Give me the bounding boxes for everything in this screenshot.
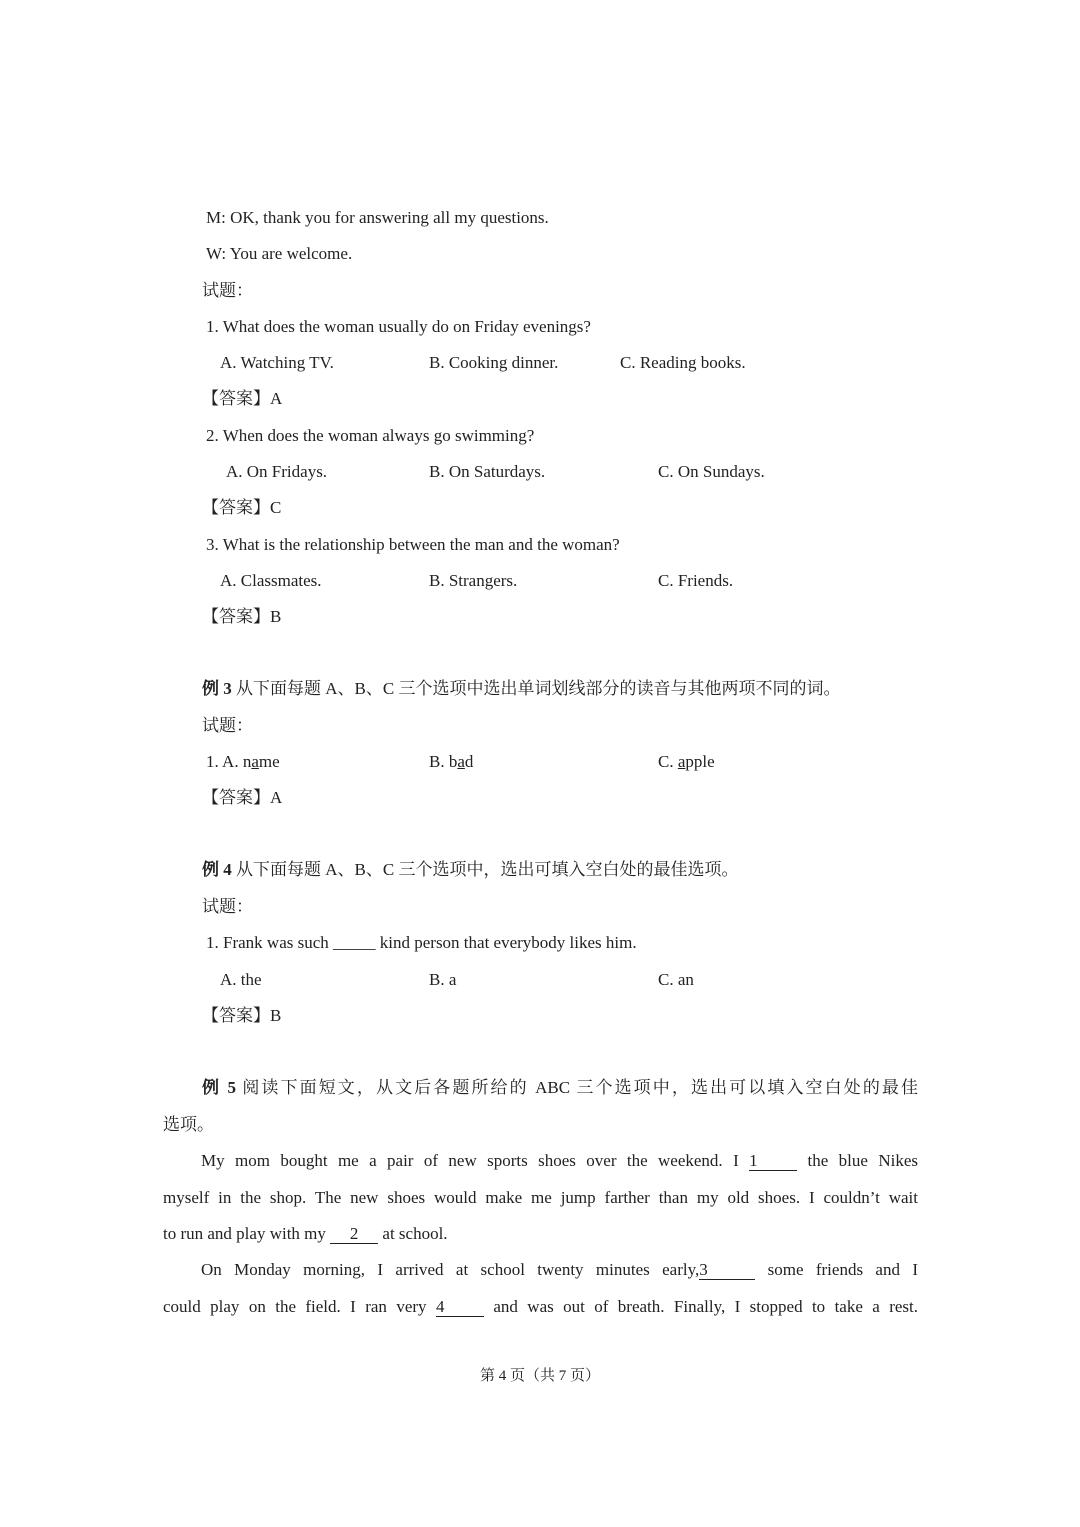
example-instruction: 从下面每题 A、B、C 三个选项中选出单词划线部分的读音与其他两项不同的词。 [236,679,840,698]
answer-label: 【答案】 [202,389,270,408]
option-text: 1. A. n [206,752,251,771]
questions-label: 试题： [202,281,253,301]
passage-text: at school. [382,1224,447,1243]
answer-value: A [270,788,282,807]
underlined-letter: a [457,752,465,771]
passage-text: to run and play with my [163,1224,326,1243]
example-3-heading: 例 3 从下面每题 A、B、C 三个选项中选出单词划线部分的读音与其他两项不同的… [202,679,840,699]
speaker-label: M: [206,208,226,227]
question-2: 2. When does the woman always go swimmin… [206,426,534,446]
option-a: A. Classmates. [220,571,322,591]
option-b: B. On Saturdays. [429,462,545,482]
option-text: C. [658,752,678,771]
example-5-heading: 例 5 阅读下面短文，从文后各题所给的 ABC 三个选项中，选出可以填入空白处的… [202,1078,918,1098]
option-c: C. Friends. [658,571,733,591]
passage-text: could play on the field. I ran very [163,1297,427,1316]
example-instruction: 阅读下面短文，从文后各题所给的 ABC 三个选项中，选出可以填入空白处的最佳 [242,1078,918,1097]
question-1: 1. Frank was such _____ kind person that… [206,933,637,953]
page-number: 第 4 页（共 7 页） [0,1364,1080,1385]
passage-text: My mom bought me a pair of new sports sh… [201,1151,739,1170]
passage-text: On Monday morning, I arrived at school t… [201,1260,699,1279]
passage-line-2: myself in the shop. The new shoes would … [163,1188,918,1208]
blank-3: 3 [699,1261,755,1280]
answer-example-4: 【答案】B [202,1006,281,1026]
option-text: B. b [429,752,457,771]
option-c: C. an [658,970,694,990]
answer-label: 【答案】 [202,498,270,517]
question-1: 1. What does the woman usually do on Fri… [206,317,591,337]
option-text: me [259,752,280,771]
answer-value: C [270,498,281,517]
answer-label: 【答案】 [202,607,270,626]
option-b: B. bad [429,752,473,772]
answer-label: 【答案】 [202,1006,270,1025]
passage-line-4: On Monday morning, I arrived at school t… [201,1260,918,1280]
passage-text: and was out of breath. Finally, I stoppe… [493,1297,918,1316]
questions-label: 试题： [202,897,253,917]
option-b: B. Cooking dinner. [429,353,558,373]
passage-text: the blue Nikes [808,1151,918,1170]
answer-value: B [270,607,281,626]
blank-1: 1 [749,1152,797,1171]
passage-line-5: could play on the field. I ran very 4 an… [163,1297,918,1317]
answer-1: 【答案】A [202,389,282,409]
underlined-letter: a [251,752,259,771]
option-a: 1. A. name [206,752,280,772]
option-a: A. Watching TV. [220,353,334,373]
dialogue-text: OK, thank you for answering all my quest… [230,208,549,227]
option-b: B. a [429,970,456,990]
passage-line-3: to run and play with my 2 at school. [163,1224,448,1244]
example-label: 例 5 [202,1078,236,1097]
option-c: C. On Sundays. [658,462,765,482]
example-4-heading: 例 4 从下面每题 A、B、C 三个选项中，选出可填入空白处的最佳选项。 [202,860,738,880]
questions-label: 试题： [202,716,253,736]
option-b: B. Strangers. [429,571,517,591]
blank-2: 2 [330,1225,378,1244]
example-label: 例 4 [202,860,232,879]
dialogue-text: You are welcome. [230,244,352,263]
option-a: A. the [220,970,262,990]
example-instruction: 从下面每题 A、B、C 三个选项中，选出可填入空白处的最佳选项。 [236,860,738,879]
dialogue-line-woman: W: You are welcome. [206,244,352,264]
answer-2: 【答案】C [202,498,281,518]
example-instruction-cont: 选项。 [163,1115,214,1135]
answer-value: B [270,1006,281,1025]
dialogue-line-man: M: OK, thank you for answering all my qu… [206,208,549,228]
answer-3: 【答案】B [202,607,281,627]
example-label: 例 3 [202,679,232,698]
option-c: C. apple [658,752,715,772]
passage-line-1: My mom bought me a pair of new sports sh… [201,1151,918,1171]
answer-label: 【答案】 [202,788,270,807]
option-a: A. On Fridays. [226,462,327,482]
speaker-label: W: [206,244,226,263]
option-c: C. Reading books. [620,353,746,373]
question-3: 3. What is the relationship between the … [206,535,620,555]
blank-4: 4 [436,1298,484,1317]
answer-example-3: 【答案】A [202,788,282,808]
option-text: pple [685,752,714,771]
passage-text: some friends and I [768,1260,918,1279]
option-text: d [465,752,474,771]
answer-value: A [270,389,282,408]
